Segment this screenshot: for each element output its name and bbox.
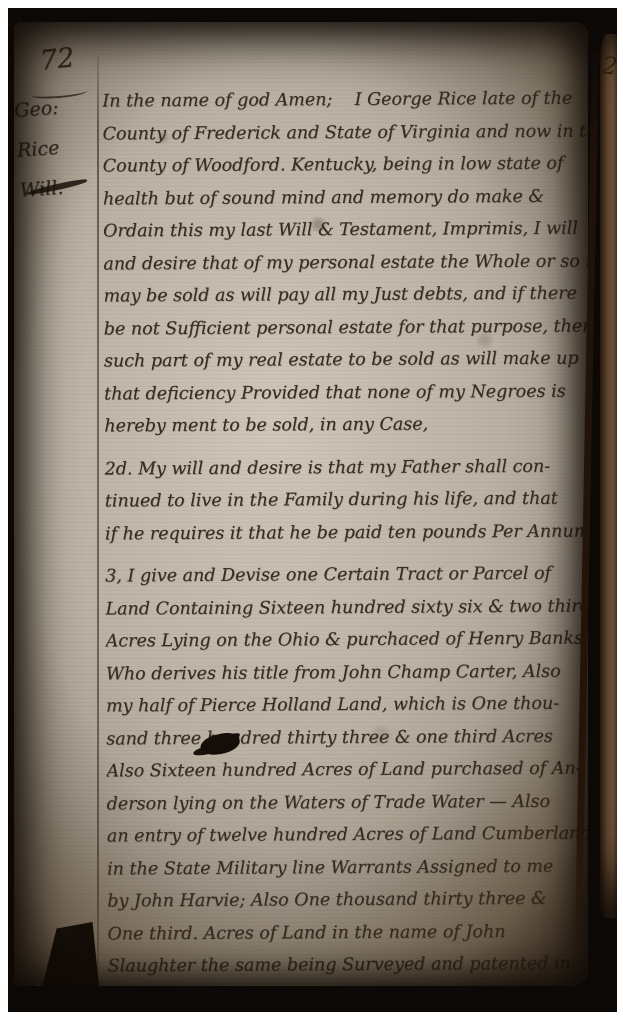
adjacent-page-edge: 2 — [600, 34, 617, 918]
paragraph-lines: 3, I give and Devise one Certain Tract o… — [105, 557, 588, 982]
margin-note: Geo: Rice Will. — [14, 85, 101, 210]
handwritten-line: Who derives his title from John Champ Ca… — [106, 655, 588, 691]
handwritten-line: Slaughter the same being Surveyed and pa… — [108, 947, 588, 983]
will-text-block: In the name of god Amen; I George Rice l… — [102, 83, 588, 983]
handwritten-line: Ordain this my last Will & Testament, Im… — [103, 213, 588, 249]
page-clamp-shadow — [38, 922, 100, 986]
will-paragraph: 3, I give and Devise one Certain Tract o… — [105, 557, 588, 982]
handwritten-line: in the State Military line Warrants Assi… — [107, 850, 588, 886]
handwritten-line: be not Sufficient personal estate for th… — [104, 310, 588, 346]
handwritten-line: 3, I give and Devise one Certain Tract o… — [105, 557, 588, 593]
will-paragraph: In the name of god Amen; I George Rice l… — [102, 83, 588, 443]
handwritten-line: derson lying on the Waters of Trade Wate… — [107, 785, 588, 821]
handwritten-line: County of Woodford. Kentucky, being in l… — [103, 148, 588, 184]
scan-frame: 72 Geo: Rice Will. In the name of god Am… — [0, 0, 623, 1023]
handwritten-line: Acres Lying on the Ohio & purchaced of H… — [106, 622, 588, 658]
margin-rule-line — [97, 56, 99, 986]
handwritten-line: Land Containing Sixteen hundred sixty si… — [105, 590, 588, 626]
adjacent-page-number: 2 — [600, 51, 617, 81]
handwritten-line: One third. Acres of Land in the name of … — [107, 915, 588, 951]
page-number: 72 — [38, 42, 75, 76]
handwritten-line: such part of my real estate to be sold a… — [104, 343, 588, 379]
handwritten-line: my half of Pierce Holland Land, which is… — [106, 687, 588, 723]
handwritten-line: tinued to live in the Family during his … — [105, 482, 588, 518]
handwritten-line: may be sold as will pay all my Just debt… — [103, 278, 588, 314]
handwritten-line: Also Sixteen hundred Acres of Land purch… — [106, 752, 588, 788]
scratch-mark — [27, 984, 40, 986]
photo-background: 72 Geo: Rice Will. In the name of god Am… — [8, 8, 617, 1012]
handwritten-line: 2d. My will and desire is that my Father… — [105, 450, 588, 486]
handwritten-line: In the name of god Amen; I George Rice l… — [102, 83, 588, 119]
paragraph-lines: In the name of god Amen; I George Rice l… — [102, 83, 588, 443]
handwritten-line: that deficiency Provided that none of my… — [104, 375, 588, 411]
handwritten-line: County of Frederick and State of Virgini… — [102, 115, 588, 151]
handwritten-line: and desire that of my personal estate th… — [103, 245, 588, 281]
will-paragraph: 2d. My will and desire is that my Father… — [105, 450, 588, 551]
handwritten-line: health but of sound mind and memory do m… — [103, 180, 588, 216]
handwritten-line: hereby ment to be sold, in any Case, — [104, 407, 588, 443]
handwritten-line: by John Harvie; Also One thousand thirty… — [107, 882, 588, 918]
paragraph-lines: 2d. My will and desire is that my Father… — [105, 450, 588, 551]
handwritten-line: sand three hundred thirty three & one th… — [106, 720, 588, 756]
ledger-page: 72 Geo: Rice Will. In the name of god Am… — [14, 22, 588, 986]
handwritten-line: an entry of twelve hundred Acres of Land… — [107, 817, 588, 853]
handwritten-line: if he requires it that he be paid ten po… — [105, 515, 588, 551]
margin-note-name: Geo: Rice — [14, 85, 98, 170]
